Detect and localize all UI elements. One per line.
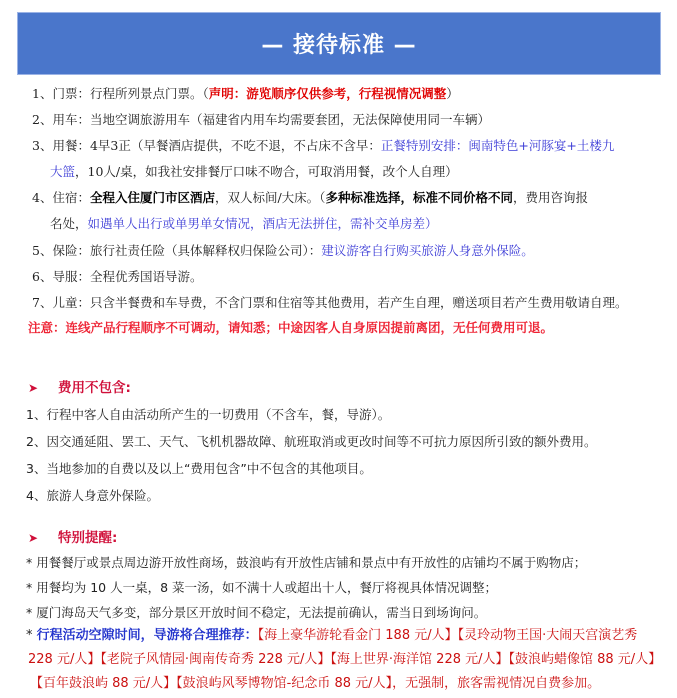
meal-highlight: 正餐特别安排：闽南特色+河豚宴+土楼九	[381, 138, 614, 153]
lodging-note: 如遇单人出行或单男单女情况，酒店无法拼住，需补交单房差）	[88, 216, 438, 231]
standard-item-meals: 3、用餐：4早3正（早餐酒店提供，不吃不退，不占床不含早：正餐特别安排：闽南特色…	[32, 138, 614, 154]
title-banner: — 接待标准 —	[17, 12, 661, 75]
item-text: 2、用车：当地空调旅游用车（福建省内用车均需要套团，无法保障使用同一车辆）	[32, 112, 490, 127]
lodging-bold: 多种标准选择，标准不同价格不同	[325, 190, 513, 205]
excluded-item: 4、旅游人身意外保险。	[26, 488, 159, 504]
arrow-right-icon: ➤	[28, 530, 58, 546]
reminders-heading: ➤特别提醒:	[28, 530, 117, 546]
item-text: 6、导服：全程优秀国语导游。	[32, 269, 202, 284]
item-text: 3、用餐：4早3正（早餐酒店提供，不吃不退，不占床不含早：	[32, 138, 381, 153]
excluded-item: 2、因交通延阻、罢工、天气、飞机机器故障、航班取消或更改时间等不可抗力原因所引致…	[26, 434, 596, 450]
item-text: 7、儿童：只含半餐费和车导费，不含门票和住宿等其他费用，若产生自理，赠送项目若产…	[32, 295, 627, 310]
notice-text: 注意：连线产品行程顺序不可调动，请知悉；中途因客人自身原因提前离团，无任何费用可…	[28, 320, 553, 336]
recommendation-items: 【海上豪华游轮看金门 188 元/人】【灵玲动物王国·大闹天宫演艺秀	[258, 628, 638, 643]
item-text: 5、保险：旅行社责任险（具体解释权归保险公司）：	[32, 243, 321, 258]
section-heading: 特别提醒:	[58, 530, 117, 546]
bullet-star: *	[26, 628, 37, 643]
reminder-item: * 厦门海岛天气多变，部分景区开放时间不稳定，无法提前确认，需当日到场询问。	[26, 605, 486, 621]
meal-highlight: 大篮	[50, 164, 75, 179]
standard-item-lodging: 4、住宿：全程入住厦门市区酒店，双人标间/大床。（多种标准选择，标准不同价格不同…	[32, 190, 588, 206]
arrow-right-icon: ➤	[28, 380, 58, 396]
section-heading: 费用不包含:	[58, 380, 131, 396]
recommendation-items: 228 元/人】【老院子风情园·闽南传奇秀 228 元/人】【海上世界·海洋馆 …	[28, 652, 661, 668]
recommendation-line: * 行程活动空隙时间，导游将合理推荐：【海上豪华游轮看金门 188 元/人】【灵…	[26, 628, 637, 644]
item-text: ，双人标间/大床。（	[215, 190, 325, 205]
excluded-heading: ➤费用不包含:	[28, 380, 131, 396]
recommendation-items: 【百年鼓浪屿 88 元/人】【鼓浪屿风琴博物馆-纪念币 88 元/人】，无强制，…	[30, 676, 600, 692]
item-text: 名处，	[50, 216, 88, 231]
standard-item-vehicle: 2、用车：当地空调旅游用车（福建省内用车均需要套团，无法保障使用同一车辆）	[32, 112, 490, 128]
item-text: ）	[446, 86, 459, 101]
reminder-item: * 用餐餐厅或景点周边游开放性商场，鼓浪屿有开放性店铺和景点中有开放性的店铺均不…	[26, 555, 586, 571]
disclaimer-text: 声明：游览顺序仅供参考，行程视情况调整	[209, 86, 447, 101]
item-text: 4、住宿：	[32, 190, 90, 205]
lodging-bold: 全程入住厦门市区酒店	[90, 190, 215, 205]
page-title: — 接待标准 —	[261, 28, 416, 59]
item-text: 1、门票：行程所列景点门票。（	[32, 86, 209, 101]
recommendation-label: 行程活动空隙时间，导游将合理推荐：	[37, 628, 258, 643]
standard-item-lodging-cont: 名处，如遇单人出行或单男单女情况，酒店无法拼住，需补交单房差）	[50, 216, 438, 232]
insurance-note: 建议游客自行购买旅游人身意外保险。	[321, 243, 534, 258]
reminder-item: * 用餐均为 10 人一桌，8 菜一汤，如不满十人或超出十人，餐厅将视具体情况调…	[26, 580, 497, 596]
item-text: ，费用咨询报	[513, 190, 588, 205]
standard-item-insurance: 5、保险：旅行社责任险（具体解释权归保险公司）：建议游客自行购买旅游人身意外保险…	[32, 243, 534, 259]
standard-item-children: 7、儿童：只含半餐费和车导费，不含门票和住宿等其他费用，若产生自理，赠送项目若产…	[32, 295, 627, 311]
excluded-item: 3、当地参加的自费以及以上“费用包含”中不包含的其他项目。	[26, 461, 372, 477]
standard-item-meals-cont: 大篮，10人/桌，如我社安排餐厅口味不吻合，可取消用餐，改个人自理）	[50, 164, 458, 180]
standard-item-guide: 6、导服：全程优秀国语导游。	[32, 269, 202, 285]
excluded-item: 1、行程中客人自由活动所产生的一切费用（不含车，餐，导游）。	[26, 407, 390, 423]
item-text: ，10人/桌，如我社安排餐厅口味不吻合，可取消用餐，改个人自理）	[75, 164, 458, 179]
standard-item-tickets: 1、门票：行程所列景点门票。（声明：游览顺序仅供参考，行程视情况调整）	[32, 86, 459, 102]
